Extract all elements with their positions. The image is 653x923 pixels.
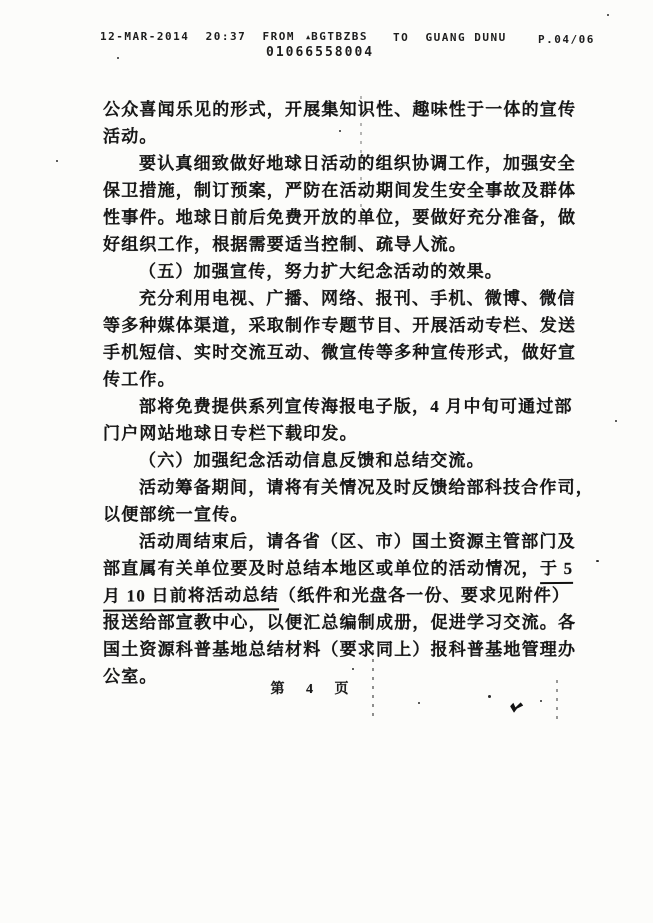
document-line: 等多种媒体渠道，采取制作专题节目、开展活动专栏、发送 <box>103 312 565 339</box>
text-run: 手机短信、实时交流互动、微宣传等多种宣传形式，做好宣 <box>103 343 576 362</box>
text-run: 国土资源科普基地总结材料（要求同上）报科普基地管理办 <box>103 640 576 659</box>
document-line: 报送给部宣教中心，以便汇总编制成册，促进学习交流。各 <box>103 609 565 636</box>
annotated-text-run: 于 5 <box>540 557 574 584</box>
document-line: 部将免费提供系列宣传海报电子版，4 月中旬可通过部 <box>103 393 565 420</box>
text-run: （六）加强纪念活动信息反馈和总结交流。 <box>139 451 485 470</box>
document-line: 要认真细致做好地球日活动的组织协调工作，加强安全 <box>103 150 565 177</box>
text-run: 传工作。 <box>103 370 176 389</box>
text-run: 部直属有关单位要及时总结本地区或单位的活动情况， <box>103 559 540 578</box>
text-run: 门户网站地球日专栏下载印发。 <box>103 424 358 443</box>
document-line: （六）加强纪念活动信息反馈和总结交流。 <box>103 447 565 474</box>
scan-noise-dot <box>540 700 542 702</box>
document-line: 月 10 日前将活动总结（纸件和光盘各一份、要求见附件） <box>103 582 565 609</box>
document-line: 传工作。 <box>103 366 565 393</box>
text-run: 保卫措施，制订预案，严防在活动期间发生安全事故及群体 <box>103 181 576 200</box>
text-run: 活动周结束后，请各省（区、市）国土资源主管部门及 <box>139 532 576 551</box>
text-run: （纸件和光盘各一份、要求见附件） <box>279 586 570 605</box>
document-line: 部直属有关单位要及时总结本地区或单位的活动情况，于 5 <box>103 555 565 582</box>
scan-noise-dot <box>418 702 420 704</box>
fax-separator-icon: ▲ <box>306 33 310 41</box>
text-run: 部将免费提供系列宣传海报电子版，4 月中旬可通过部 <box>139 397 573 416</box>
scan-noise-streak <box>556 680 558 724</box>
fax-page-indicator: P.04/06 <box>538 33 595 46</box>
scan-noise-dot <box>352 668 354 670</box>
scan-noise-dot <box>596 560 599 562</box>
text-run: 性事件。地球日前后免费开放的单位，要做好充分准备，做 <box>103 208 576 227</box>
document-body: 公众喜闻乐见的形式，开展集知识性、趣味性于一体的宣传活动。要认真细致做好地球日活… <box>103 96 565 690</box>
document-line: 活动。 <box>103 123 565 150</box>
text-run: 好组织工作，根据需要适当控制、疏导人流。 <box>103 235 467 254</box>
fax-datetime-from: 12-MAR-2014 20:37 FROM BGTBZBS <box>100 30 368 43</box>
document-line: 手机短信、实时交流互动、微宣传等多种宣传形式，做好宣 <box>103 339 565 366</box>
scan-noise-streak <box>372 650 374 718</box>
document-line: 充分利用电视、广播、网络、报刊、手机、微博、微信 <box>103 285 565 312</box>
fax-to-line: TO GUANG DUNU <box>393 31 507 44</box>
scan-noise-streak <box>360 96 362 226</box>
document-line: 公众喜闻乐见的形式，开展集知识性、趣味性于一体的宣传 <box>103 96 565 123</box>
document-line: 好组织工作，根据需要适当控制、疏导人流。 <box>103 231 565 258</box>
page-number: 第 4 页 <box>0 678 628 698</box>
text-run: 等多种媒体渠道，采取制作专题节目、开展活动专栏、发送 <box>103 316 576 335</box>
scan-noise-dot <box>56 160 58 162</box>
fax-number: 01066558004 <box>266 45 374 60</box>
scan-noise-dot <box>117 57 119 59</box>
annotated-text-run: 月 10 日前将活动总结 <box>103 583 279 611</box>
text-run: 以便部统一宣传。 <box>103 505 249 524</box>
scan-noise-dot <box>488 695 491 698</box>
handwritten-mark <box>509 701 523 713</box>
document-line: 活动筹备期间，请将有关情况及时反馈给部科技合作司， <box>103 474 565 501</box>
document-line: 性事件。地球日前后免费开放的单位，要做好充分准备，做 <box>103 204 565 231</box>
document-line: 国土资源科普基地总结材料（要求同上）报科普基地管理办 <box>103 636 565 663</box>
document-line: （五）加强宣传，努力扩大纪念活动的效果。 <box>103 258 565 285</box>
document-line: 保卫措施，制订预案，严防在活动期间发生安全事故及群体 <box>103 177 565 204</box>
text-run: （五）加强宣传，努力扩大纪念活动的效果。 <box>139 262 503 281</box>
document-line: 以便部统一宣传。 <box>103 501 565 528</box>
text-run: 充分利用电视、广播、网络、报刊、手机、微博、微信 <box>139 289 576 308</box>
text-run: 公众喜闻乐见的形式，开展集知识性、趣味性于一体的宣传 <box>103 100 576 119</box>
scan-noise-dot <box>615 420 617 422</box>
document-line: 活动周结束后，请各省（区、市）国土资源主管部门及 <box>103 528 565 555</box>
document-line: 门户网站地球日专栏下载印发。 <box>103 420 565 447</box>
text-run: 活动。 <box>103 127 158 146</box>
scan-noise-dot <box>339 130 341 132</box>
text-run: 报送给部宣教中心，以便汇总编制成册，促进学习交流。各 <box>103 613 576 632</box>
text-run: 要认真细致做好地球日活动的组织协调工作，加强安全 <box>139 154 576 173</box>
scan-noise-dot <box>607 14 609 16</box>
text-run: 活动筹备期间，请将有关情况及时反馈给部科技合作司， <box>139 478 594 497</box>
